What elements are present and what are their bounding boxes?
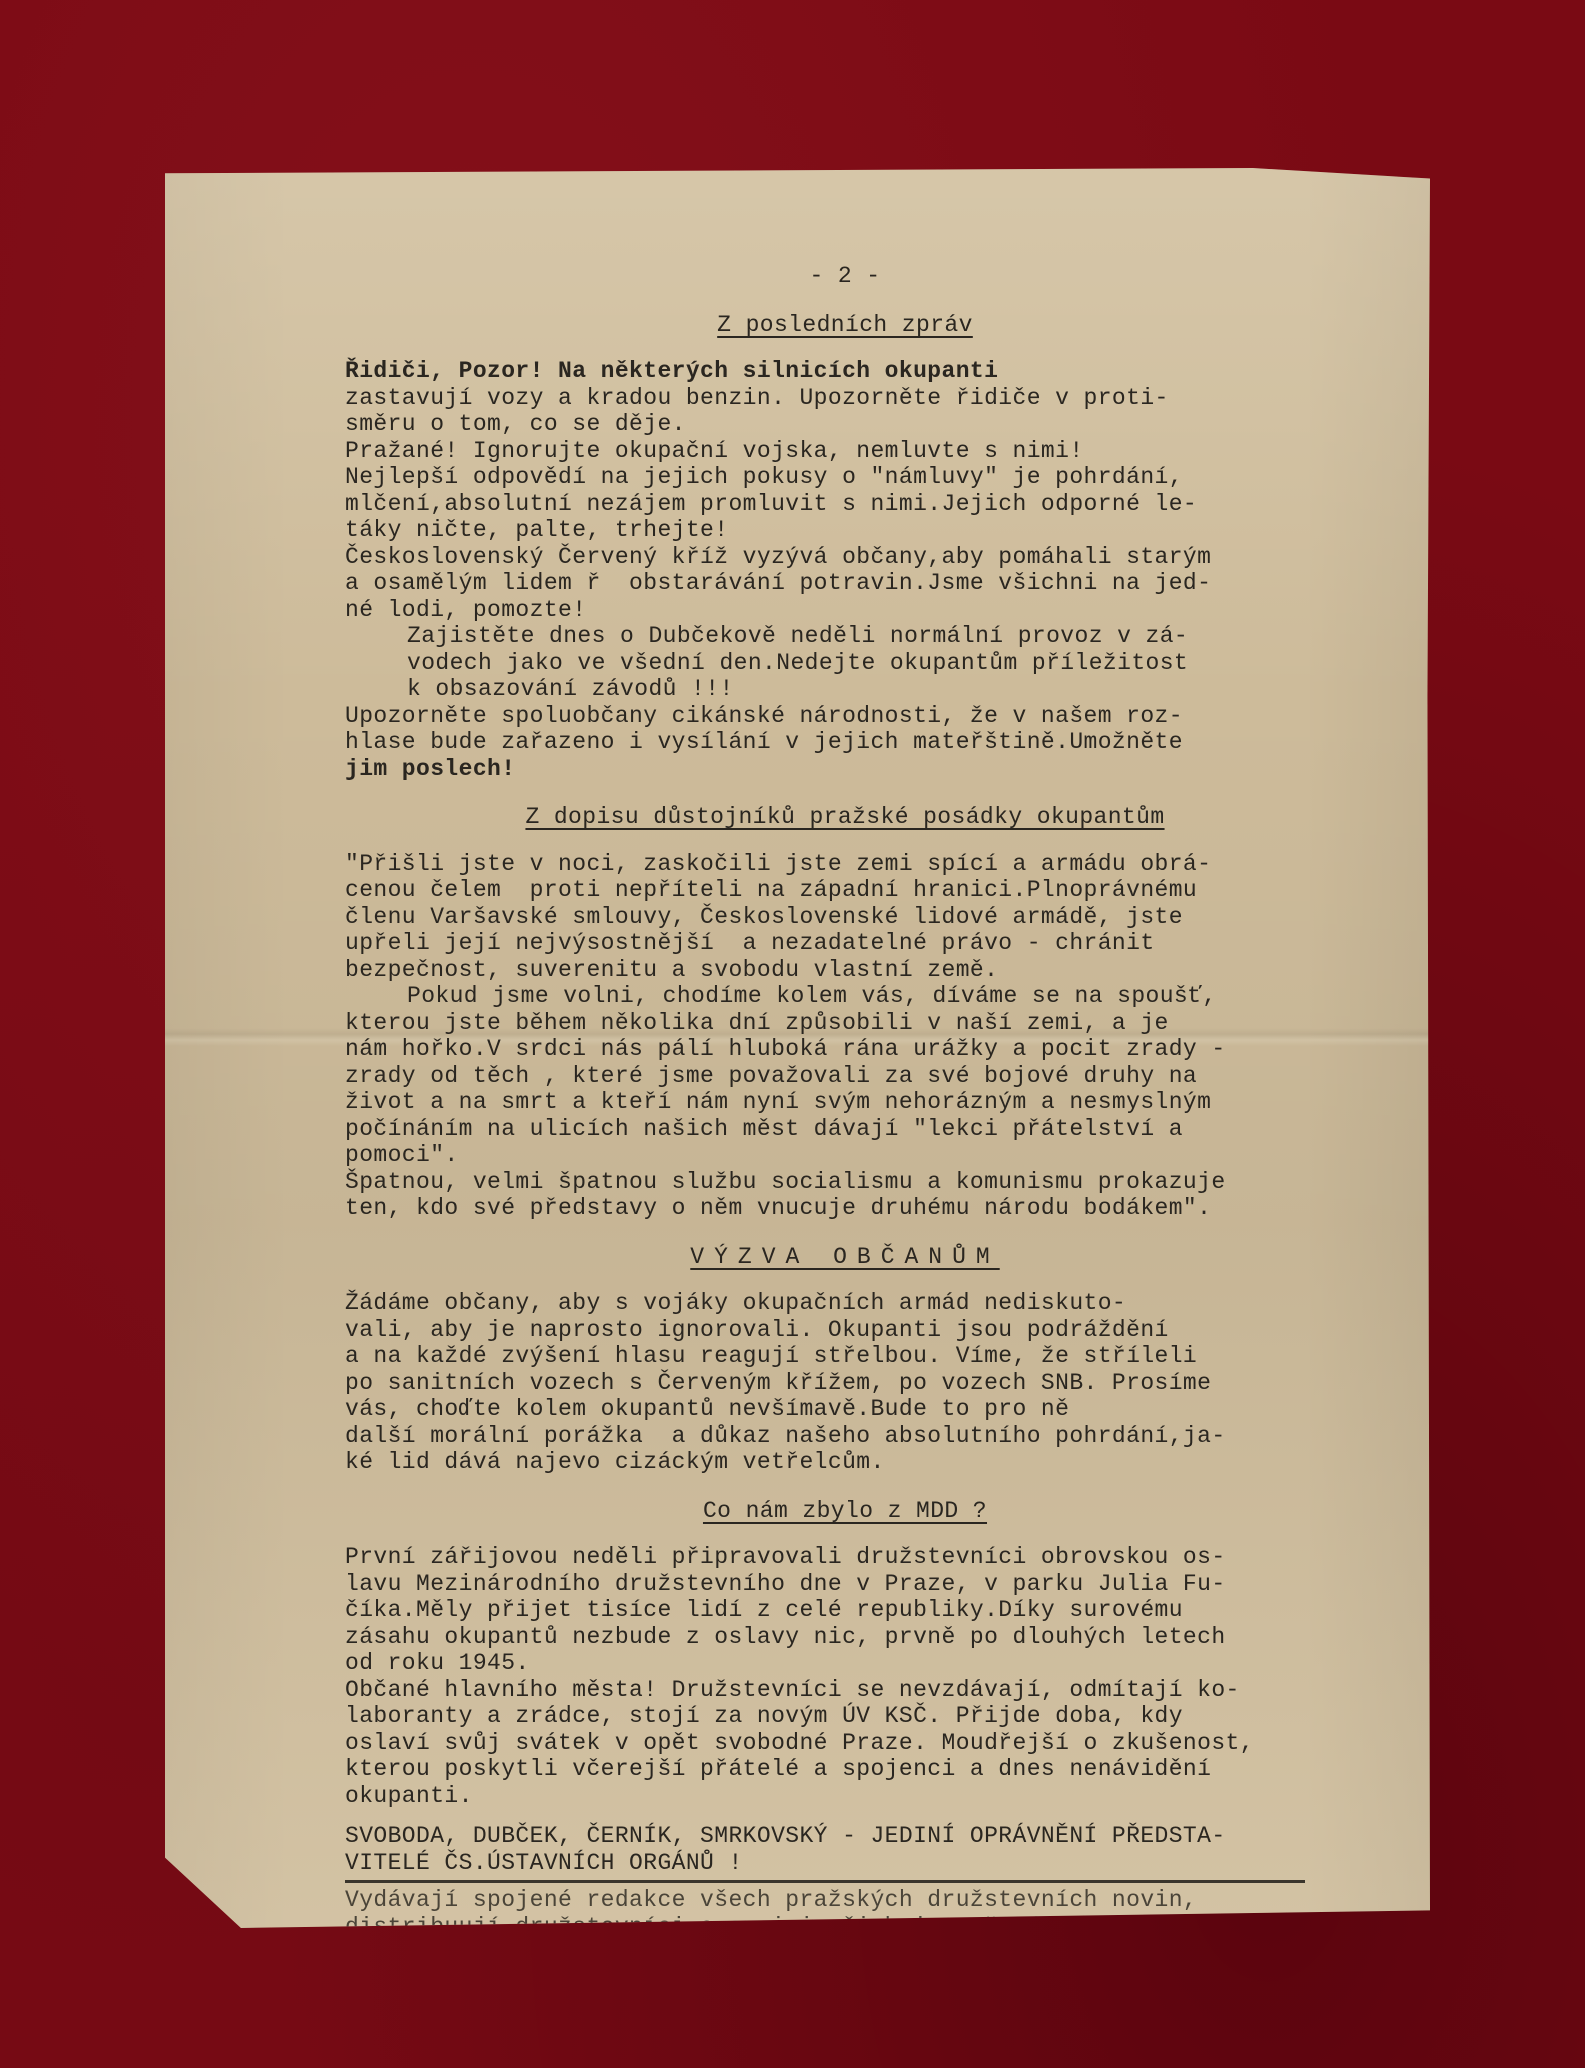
section-heading-letter: Z dopisu důstojníků pražské posádky okup… <box>525 804 1164 830</box>
footer-line: Vydávají spojené redakce všech pražských… <box>345 1887 1345 1914</box>
text-line: nám hořko.V srdci nás pálí hluboká rána … <box>345 1036 1345 1063</box>
text-line: První zářijovou neděli připravovali druž… <box>345 1544 1345 1571</box>
text-line: ten, kdo své představy o něm vnucuje dru… <box>345 1195 1345 1222</box>
text-line: hlase bude zařazeno i vysílání v jejich … <box>345 729 1345 756</box>
text-line: né lodi, pomozte! <box>345 597 1345 624</box>
text-line: zásahu okupantů nezbude z oslavy nic, pr… <box>345 1624 1345 1651</box>
text-line: a na každé zvýšení hlasu reagují střelbo… <box>345 1343 1345 1370</box>
text-line: kterou jste během několika dní způsobili… <box>345 1010 1345 1037</box>
text-line: Pokud jsme volni, chodíme kolem vás, dív… <box>345 983 1345 1010</box>
typewritten-content: - 2 - Z posledních zpráv Řidiči, Pozor! … <box>345 263 1345 1940</box>
slogan-line: SVOBODA, DUBČEK, ČERNÍK, SMRKOVSKÝ - JED… <box>345 1823 1345 1850</box>
text-line: vodech jako ve všední den.Nedejte okupan… <box>345 650 1345 677</box>
text-line: k obsazování závodů !!! <box>345 676 1345 703</box>
section-news: Řidiči, Pozor! Na některých silnicích ok… <box>345 358 1345 782</box>
text-line: Upozorněte spoluobčany cikánské národnos… <box>345 703 1345 730</box>
footer-line: distribuují družstevníci a s nimi všichn… <box>345 1914 1345 1941</box>
leaflet-page: - 2 - Z posledních zpráv Řidiči, Pozor! … <box>165 168 1430 1928</box>
section-appeal-heading-wrap: VÝZVA OBČANŮM <box>345 1244 1345 1271</box>
section-heading-appeal: VÝZVA OBČANŮM <box>690 1244 999 1270</box>
text-line: Československý Červený kříž vyzývá občan… <box>345 544 1345 571</box>
text-line: pomoci". <box>345 1142 1345 1169</box>
text-line: Zajistěte dnes o Dubčekově neděli normál… <box>345 623 1345 650</box>
text-line: Špatnou, velmi špatnou službu socialismu… <box>345 1169 1345 1196</box>
text-line: táky ničte, palte, trhejte! <box>345 517 1345 544</box>
text-line: kterou poskytli včerejší přátelé a spoje… <box>345 1756 1345 1783</box>
text-line: okupanti. <box>345 1783 1345 1810</box>
text-line: cenou čelem proti nepříteli na západní h… <box>345 877 1345 904</box>
text-line: od roku 1945. <box>345 1650 1345 1677</box>
section-letter-heading-wrap: Z dopisu důstojníků pražské posádky okup… <box>345 804 1345 831</box>
text-line: směru o tom, co se děje. <box>345 411 1345 438</box>
text-line: Pražané! Ignorujte okupační vojska, neml… <box>345 438 1345 465</box>
text-line: vali, aby je naprosto ignorovali. Okupan… <box>345 1317 1345 1344</box>
section-letter: "Přišli jste v noci, zaskočili jste zemi… <box>345 851 1345 1222</box>
text-line: jim poslech! <box>345 756 1345 783</box>
text-line: vás, choďte kolem okupantů nevšímavě.Bud… <box>345 1396 1345 1423</box>
section-mdd: První zářijovou neděli připravovali druž… <box>345 1544 1345 1809</box>
text-line: laboranty a zrádce, stojí za novým ÚV KS… <box>345 1703 1345 1730</box>
text-line: zrady od těch , které jsme považovali za… <box>345 1063 1345 1090</box>
text-line: oslaví svůj svátek v opět svobodné Praze… <box>345 1730 1345 1757</box>
section-news-heading-wrap: Z posledních zpráv <box>345 312 1345 339</box>
text-line: ké lid dává najevo cizáckým vetřelcům. <box>345 1449 1345 1476</box>
text-line: po sanitních vozech s Červeným křížem, p… <box>345 1370 1345 1397</box>
section-mdd-heading-wrap: Co nám zbylo z MDD ? <box>345 1498 1345 1525</box>
divider-rule <box>345 1880 1305 1883</box>
section-heading-mdd: Co nám zbylo z MDD ? <box>703 1498 987 1524</box>
text-line: Řidiči, Pozor! Na některých silnicích ok… <box>345 358 1345 385</box>
text-line: další morální porážka a důkaz našeho abs… <box>345 1423 1345 1450</box>
section-footer: Vydávají spojené redakce všech pražských… <box>345 1887 1345 1940</box>
page-number: - 2 - <box>345 263 1345 290</box>
text-line: bezpečnost, suverenitu a svobodu vlastní… <box>345 957 1345 984</box>
text-line: život a na smrt a kteří nám nyní svým ne… <box>345 1089 1345 1116</box>
section-heading-news: Z posledních zpráv <box>717 312 973 338</box>
text-line: mlčení,absolutní nezájem promluvit s nim… <box>345 491 1345 518</box>
text-line: číka.Měly přijet tisíce lidí z celé repu… <box>345 1597 1345 1624</box>
text-line: zastavují vozy a kradou benzin. Upozorně… <box>345 385 1345 412</box>
text-line: Nejlepší odpovědí na jejich pokusy o "ná… <box>345 464 1345 491</box>
section-appeal: Žádáme občany, aby s vojáky okupačních a… <box>345 1290 1345 1476</box>
text-line: a osamělým lidem ř obstarávání potravin.… <box>345 570 1345 597</box>
slogan-line: VITELÉ ČS.ÚSTAVNÍCH ORGÁNŮ ! <box>345 1850 1345 1877</box>
spacer <box>345 1809 1345 1823</box>
text-line: "Přišli jste v noci, zaskočili jste zemi… <box>345 851 1345 878</box>
text-line: členu Varšavské smlouvy, Československé … <box>345 904 1345 931</box>
section-slogan: SVOBODA, DUBČEK, ČERNÍK, SMRKOVSKÝ - JED… <box>345 1823 1345 1876</box>
text-line: upřeli její nejvýsostnější a nezadatelné… <box>345 930 1345 957</box>
text-line: Občané hlavního města! Družstevníci se n… <box>345 1677 1345 1704</box>
text-line: Žádáme občany, aby s vojáky okupačních a… <box>345 1290 1345 1317</box>
text-line: počínáním na ulicích našich měst dávají … <box>345 1116 1345 1143</box>
text-line: lavu Mezinárodního družstevního dne v Pr… <box>345 1571 1345 1598</box>
